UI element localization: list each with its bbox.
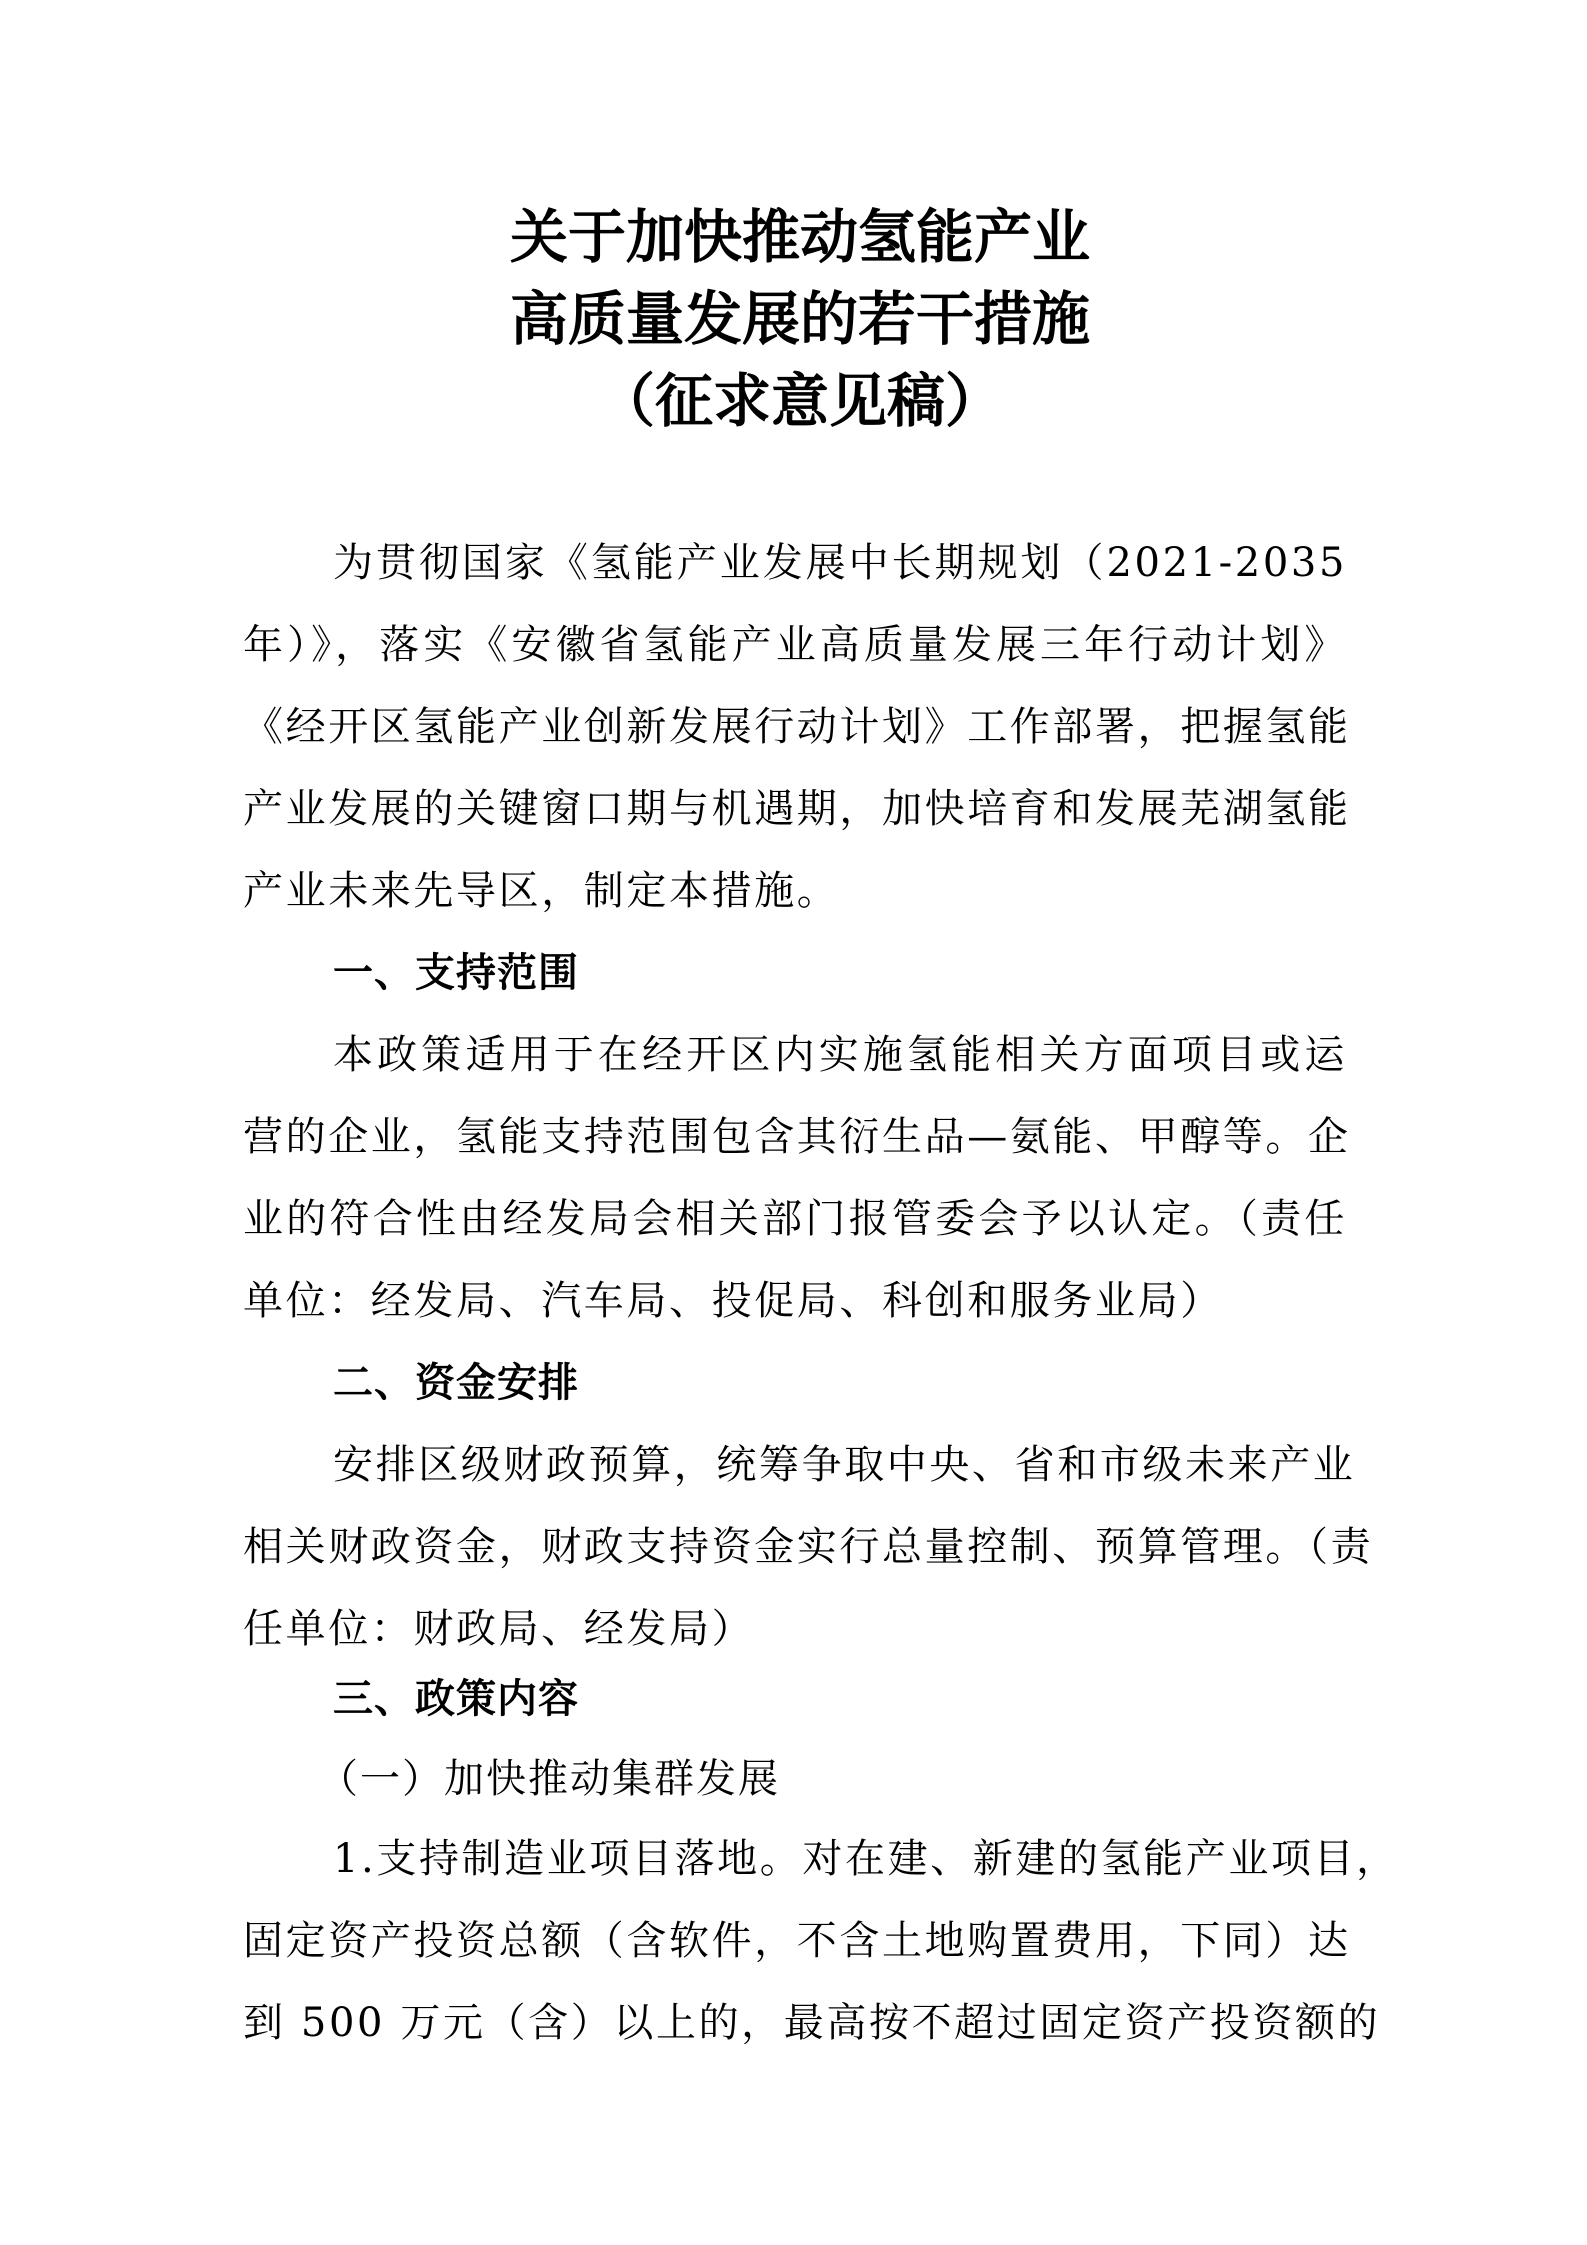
text-line: 本政策适用于在经开区内实施氢能相关方面项目或运 [243, 1014, 1347, 1096]
text-line: 年）》，落实《安徽省氢能产业高质量发展三年行动计划》 [243, 604, 1347, 686]
text-line: 1.支持制造业项目落地。对在建、新建的氢能产业项目， [243, 1818, 1347, 1900]
text-line: 营的企业，氢能支持范围包含其衍生品—氨能、甲醇等。企 [243, 1096, 1347, 1178]
text-line: 产业发展的关键窗口期与机遇期，加快培育和发展芜湖氢能 [243, 768, 1347, 850]
text-line: 到 500 万元（含）以上的，最高按不超过固定资产投资额的 [243, 1982, 1347, 2064]
section-heading-scope: 一、支持范围 [333, 932, 579, 1014]
section-heading-policy-content: 三、政策内容 [333, 1658, 579, 1740]
text-line: 《经开区氢能产业创新发展行动计划》工作部署，把握氢能 [243, 686, 1347, 768]
section-heading-funding: 二、资金安排 [333, 1342, 579, 1424]
title-line-3-draft-label: （征求意见稿） [0, 360, 1587, 442]
document-page: 关于加快推动氢能产业 高质量发展的若干措施 （征求意见稿） 为贯彻国家《氢能产业… [0, 0, 1587, 2245]
text-line: 为贯彻国家《氢能产业发展中长期规划（2021-2035 [243, 522, 1347, 604]
text-line: 相关财政资金，财政支持资金实行总量控制、预算管理。（责 [243, 1506, 1347, 1588]
title-line-2: 高质量发展的若干措施 [0, 278, 1587, 360]
funding-paragraph: 安排区级财政预算，统筹争取中央、省和市级未来产业 相关财政资金，财政支持资金实行… [243, 1424, 1347, 1670]
text-line: 产业未来先导区，制定本措施。 [243, 850, 1347, 932]
title-line-1: 关于加快推动氢能产业 [0, 196, 1587, 278]
document-title: 关于加快推动氢能产业 高质量发展的若干措施 （征求意见稿） [0, 196, 1587, 442]
subsection-heading-cluster: （一）加快推动集群发展 [318, 1738, 780, 1820]
preamble-paragraph: 为贯彻国家《氢能产业发展中长期规划（2021-2035 年）》，落实《安徽省氢能… [243, 522, 1347, 932]
text-line: 单位：经发局、汽车局、投促局、科创和服务业局） [243, 1260, 1347, 1342]
text-line: 业的符合性由经发局会相关部门报管委会予以认定。（责任 [243, 1178, 1347, 1260]
text-line: 安排区级财政预算，统筹争取中央、省和市级未来产业 [243, 1424, 1347, 1506]
item-1-paragraph: 1.支持制造业项目落地。对在建、新建的氢能产业项目， 固定资产投资总额（含软件，… [243, 1818, 1347, 2064]
scope-paragraph: 本政策适用于在经开区内实施氢能相关方面项目或运 营的企业，氢能支持范围包含其衍生… [243, 1014, 1347, 1342]
text-line: 固定资产投资总额（含软件，不含土地购置费用，下同）达 [243, 1900, 1347, 1982]
